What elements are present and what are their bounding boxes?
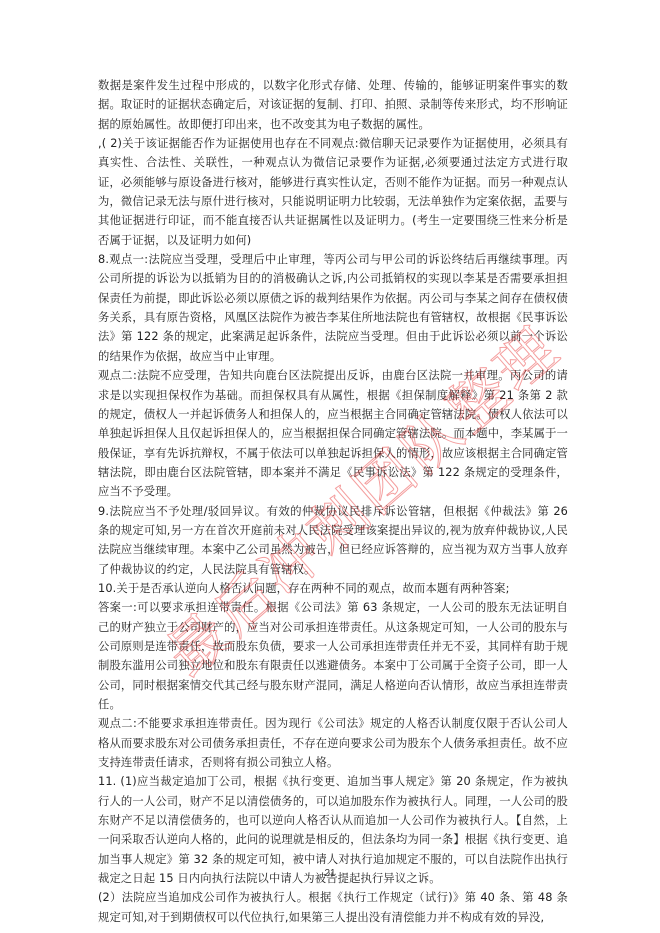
paragraph-q10-intro: 10.关于是否承认逆向人格否认问题，存在两种不同的观点，故而本题有两种答案; bbox=[98, 579, 568, 598]
document-body: 数据是案件发生过程中形成的，以数字化形式存储、处理、传输的，能够证明案件事实的数… bbox=[98, 76, 568, 927]
paragraph-q9: 9.法院应当不予处理/驳回异议。有效的仲裁协议民排斥诉讼管辖，但根据《仲裁法》第… bbox=[98, 502, 568, 579]
paragraph-wechat-evidence: ,( 2)关于该证据能否作为证据使用也存在不同观点:微信聊天记录要作为证据使用，… bbox=[98, 134, 568, 250]
paragraph-q8-view2: 观点二:法院不应受理，告知共向鹿台区法院提出反诉，由鹿台区法院一并审理。丙公司的… bbox=[98, 366, 568, 501]
page-number: 21 bbox=[0, 868, 660, 879]
paragraph-q8-view1: 8.观点一:法院应当受理，受理后中止审理，等丙公司与甲公司的诉讼终结后再继续事理… bbox=[98, 250, 568, 366]
paragraph-q10-view2: 观点二:不能要求承担连带责任。因为现行《公司法》规定的人格否认制度仅限于否认公司… bbox=[98, 714, 568, 772]
document-page: 数据是案件发生过程中形成的，以数字化形式存储、处理、传输的，能够证明案件事实的数… bbox=[0, 0, 660, 933]
paragraph-electronic-data: 数据是案件发生过程中形成的，以数字化形式存储、处理、传输的，能够证明案件事实的数… bbox=[98, 76, 568, 134]
paragraph-q10-answer1: 答案一:可以要求承担连带责任。根据《公司法》第 63 条规定，一人公司的股东无法… bbox=[98, 598, 568, 714]
paragraph-q11-part2: (2）法院应当追加戍公司作为被执行人。根据《执行工作规定（试行)》第 40 条、… bbox=[98, 888, 568, 927]
